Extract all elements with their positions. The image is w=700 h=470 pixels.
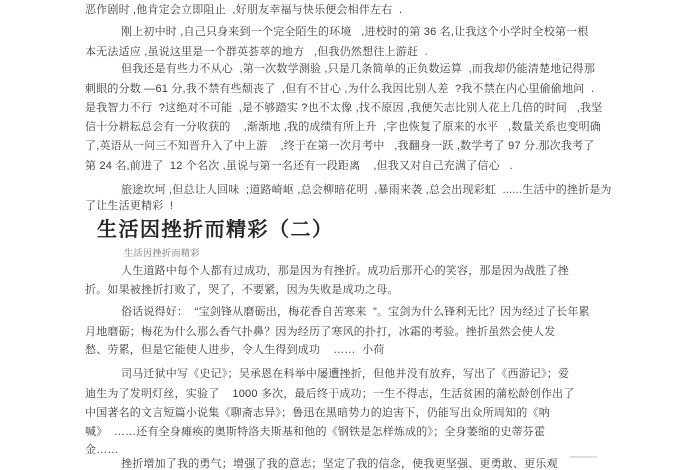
text-line: 折。如果被挫折打败了，哭了，不要紧，因为失败是成功之母。 [85,284,645,297]
text-line: 中国著名的文言短篇小说集《聊斋志异》；鲁迅在黑暗势力的迫害下，仍能写出众所周知的… [85,407,645,420]
text-line: 但我还是有些力不从心 ,第一次数学测验 ,只是几条简单的正负数运算 ,而我却仍能… [121,63,681,76]
text-line: 是我智力不行 ?这绝对不可能 ,是不够踏实 ?也不太像 ,找不原因 ,我便矢志比… [85,102,645,115]
text-line: 愁、劳累，但是它能使人进步，令人生得到成功 …… 小荷 [85,344,645,357]
essay-title: 生活因挫折而精彩（二） [97,213,334,242]
text-line: 本无法适应 ,虽说这里是一个群英荟萃的地方 ,但我仍然想往上游赶 . [85,46,645,59]
essay-subtitle: 生活因挫折而精彩 [124,246,200,259]
text-line: 挫折增加了我的勇气；增强了我的意志；坚定了我的信念，使我更坚强、更勇敢、更乐观 [121,458,681,470]
text-line: 喊》 ……还有全身瘫痪的奥斯特洛夫斯基和他的《钢铁是怎样炼成的》；全身萎缩的史蒂… [85,426,645,439]
text-line: 刺眼的分数 —61 分,我不禁有些颓丧了 ,但有不甘心 ,为什么我因比别人差 ?… [85,83,645,96]
text-line: 旅途坎坷 ,但总让人回味 ;道路崎岖 ,总会柳暗花明 ,暴雨来袭 ,总会出现彩虹… [121,184,681,197]
text-line: 俗话说得好： “宝剑锋从磨砺出，梅花香自苦寒来 ”。宝剑为什么锋利无比？因为经过… [121,306,681,319]
text-line: 第 24 名,前进了 12 个名次 ,虽说与第一名还有一段距离 ,但我又对自己充… [85,160,645,173]
text-line: 了,英语从一问三不知晋升入了中上游 ,终于在第一次月考中 ,我翻身一跃 ,数学考… [85,140,645,153]
text-line: 迪生为了发明灯丝，实验了 1000 多次，最后终于成功；一生不得志，生活贫困的蒲… [85,388,645,401]
text-line: 信十分耕耘总会有一分收获的 ,渐渐地 ,我的成绩有所上升 ,字也恢复了原来的水平… [85,121,645,134]
text-line: 司马迁狱中写《史记》；吴承恩在科举中屡遭挫折，但他并没有放弃，写出了《西游记》；… [121,368,681,381]
text-line: 了让生活更精彩 ! [85,200,645,213]
artifact-dash [570,456,597,458]
text-line: 月地磨砺；梅花为什么那么香气扑鼻？因为经历了寒风的扑打，冰霜的考验。挫折虽然会使… [85,326,645,339]
text-line: 刚上初中时 ,自己只身来到一个完全陌生的环境 ,进校时的第 36 名,让我这个小… [121,26,681,39]
document-page: 恶作剧时 ,他肯定会立即阻止 ,好朋友幸福与快乐便会相伴左右 . 刚上初中时 ,… [0,0,700,470]
text-line: 人生道路中每个人都有过成功，那是因为有挫折。成功后那开心的笑容，那是因为战胜了挫 [121,265,681,278]
text-line: 恶作剧时 ,他肯定会立即阻止 ,好朋友幸福与快乐便会相伴左右 . [85,4,645,17]
text-line: 金…… [85,444,645,457]
